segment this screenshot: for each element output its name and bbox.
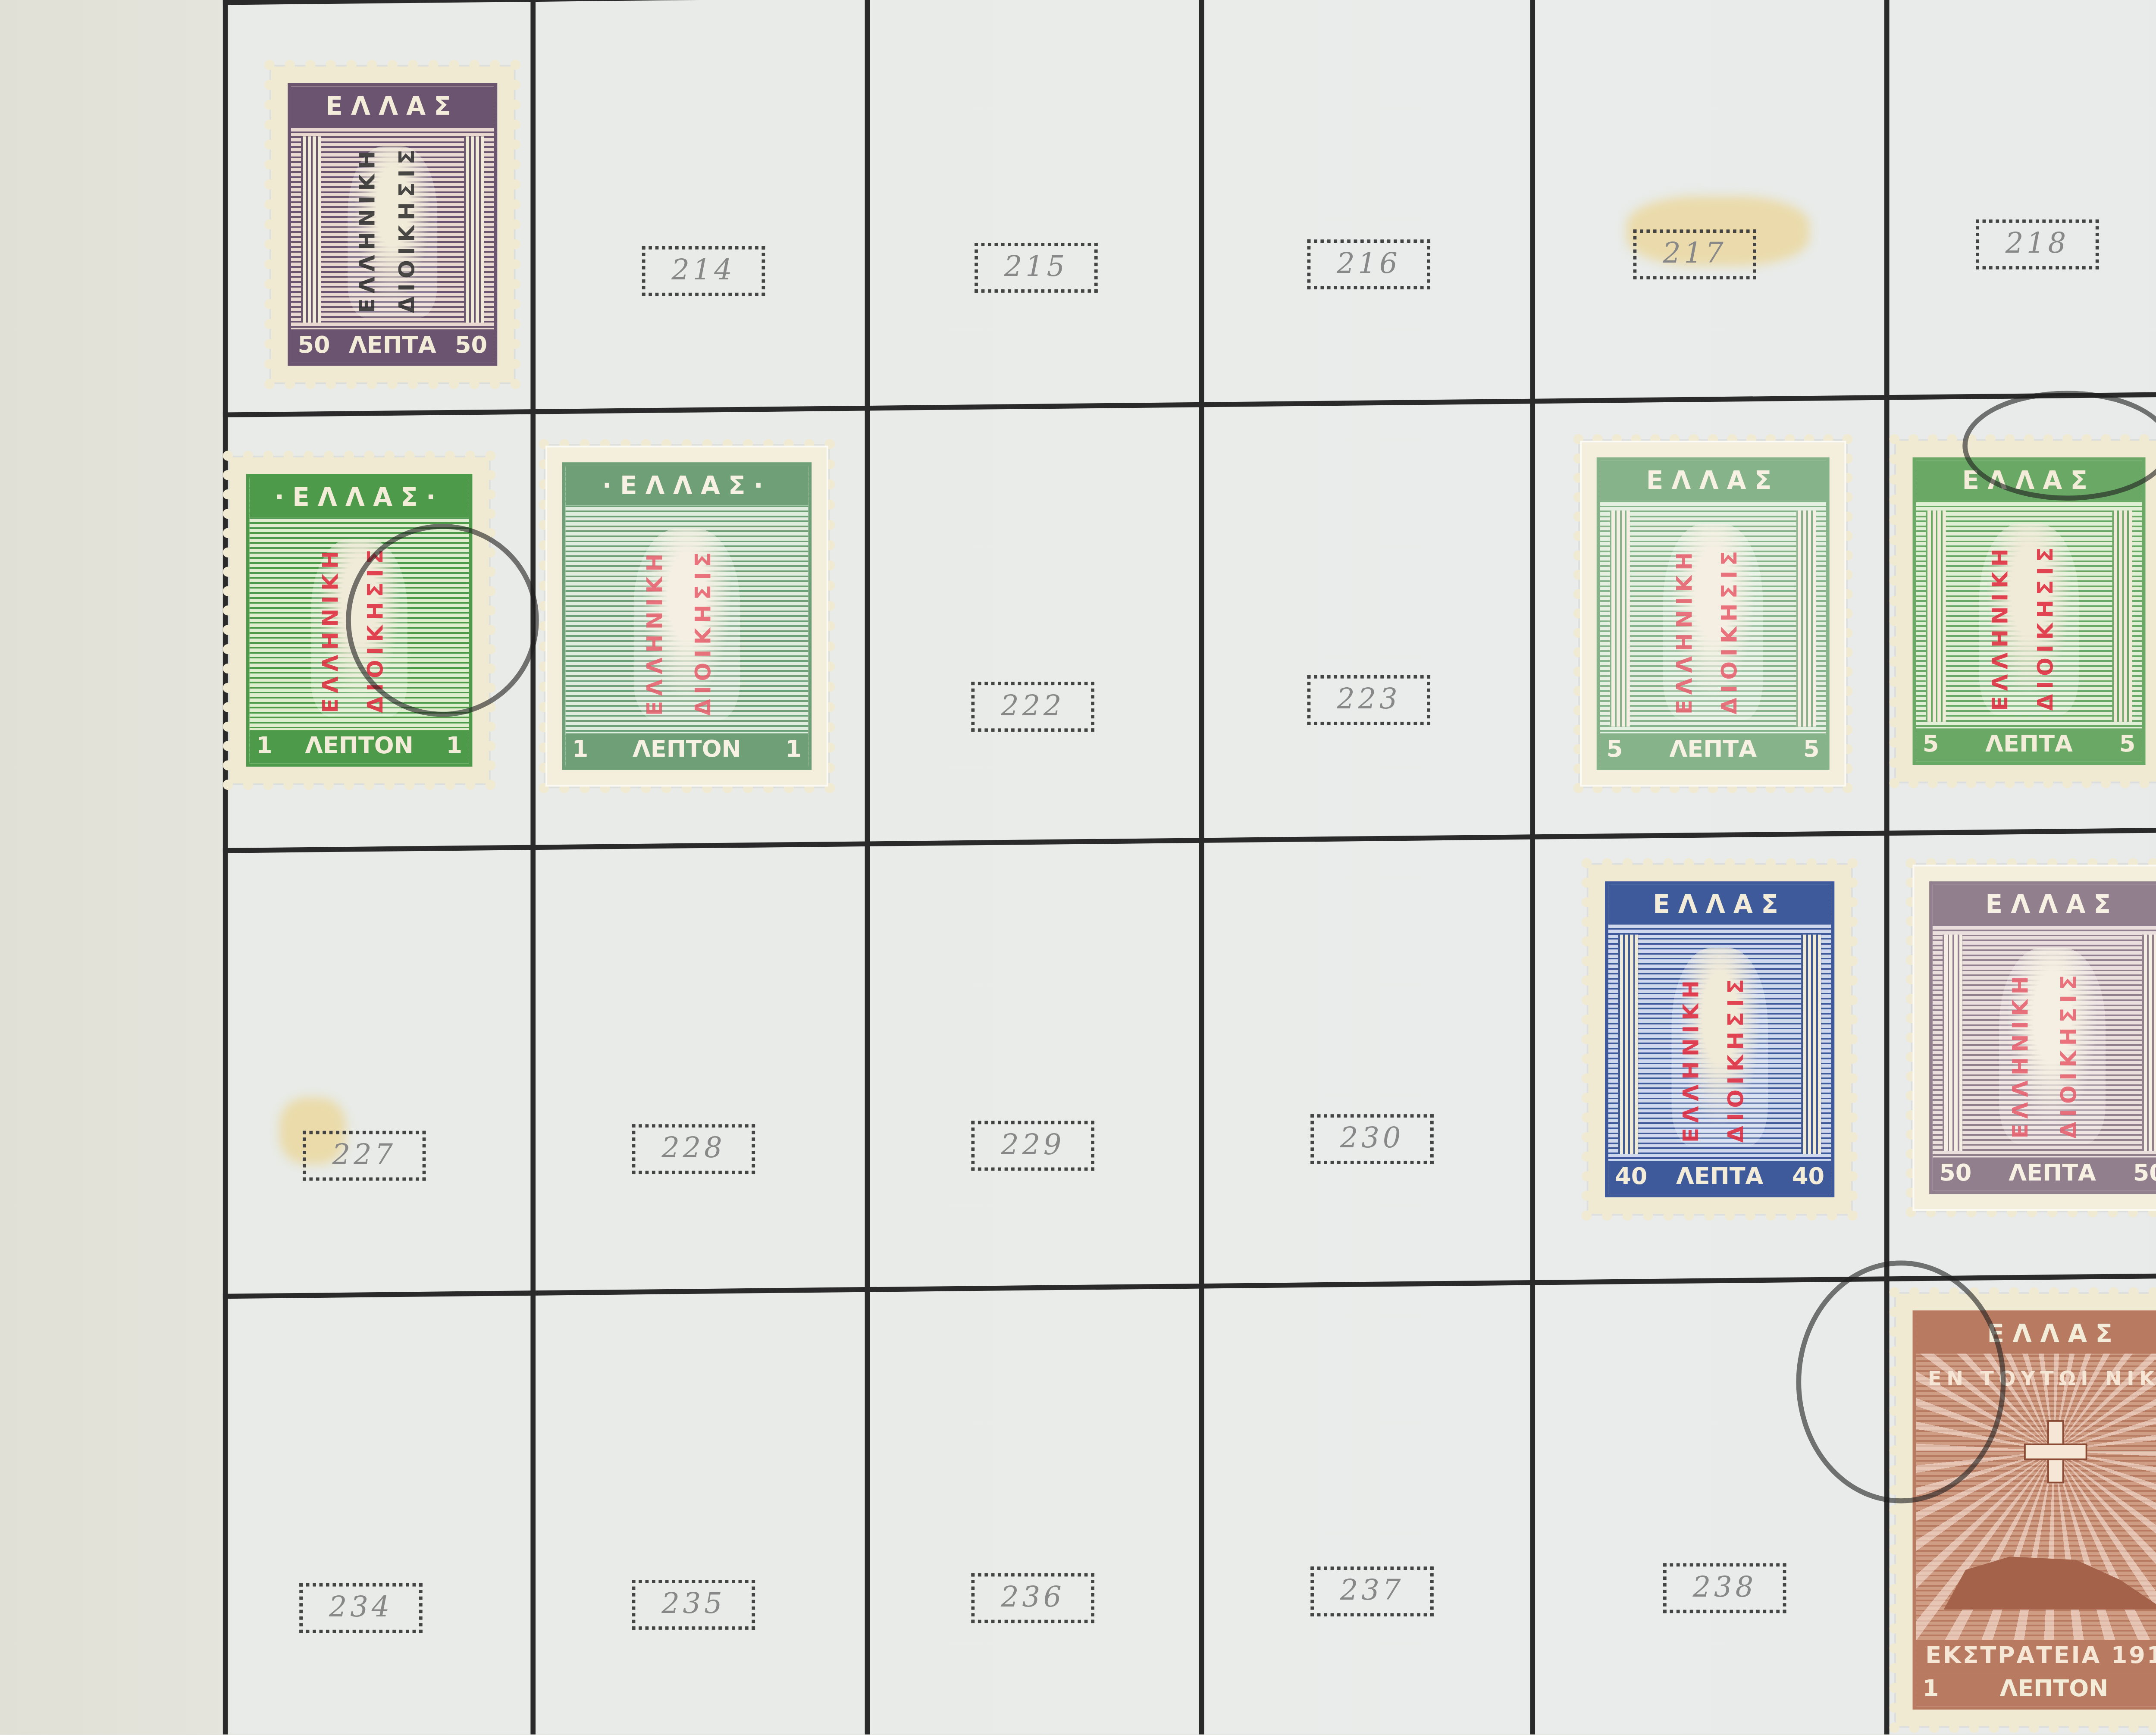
cross-icon <box>2024 1421 2084 1481</box>
stamp-country: ΕΛΛΑΣ <box>291 87 494 127</box>
stamp-mount <box>545 446 828 787</box>
space-label: 223 <box>1307 675 1430 725</box>
stamp-frame: ΕΛΛΑΣ ΕΛΛΗΝΙΚΗ ΔΙΟΙΚΗΣΙΣ 50ΛΕΠΤΑ50 <box>288 83 497 366</box>
stamp-overprint: ΕΛΛΗΝΙΚΗ <box>1680 967 1705 1142</box>
grid-line <box>1530 0 1535 1735</box>
stamp-1912-campaign[interactable]: ΕΛΛΑΣ ΕΝ ΤΟΥΤΩΙ ΝΙΚΑ ΕΚΣΤΡΑΤΕΙΑ 1912 1ΛΕ… <box>1896 1294 2156 1726</box>
stamp-frame: ΕΛΛΑΣ ΕΛΛΗΝΙΚΗ ΔΙΟΙΚΗΣΙΣ 5ΛΕΠΤΑ5 <box>1913 457 2146 765</box>
grid-line <box>530 0 536 1735</box>
stamp-value: 40ΛΕΠΤΑ40 <box>1608 1161 1831 1194</box>
space-label: 235 <box>632 1580 755 1630</box>
grid-line <box>223 0 228 1735</box>
stamp-country: ·ΕΛΛΑΣ· <box>250 477 469 517</box>
stamp-value: 50ΛΕΠΤΑ50 <box>291 329 494 363</box>
album-page: 214 215 216 217 218 219 222 223 226 227 … <box>0 0 2156 1735</box>
stamp-country: ΕΛΛΑΣ <box>1608 885 1831 925</box>
space-label: 214 <box>642 246 765 296</box>
space-label: 230 <box>1310 1114 1433 1164</box>
postmark <box>1796 1261 2006 1503</box>
space-label: 222 <box>971 682 1094 732</box>
space-label: 238 <box>1663 1563 1786 1613</box>
stamp-design: ΕΛΛΗΝΙΚΗ ΔΙΟΙΚΗΣΙΣ <box>291 126 494 329</box>
stamp-40-lepta[interactable]: ΕΛΛΑΣ ΕΛΛΗΝΙΚΗ ΔΙΟΙΚΗΣΙΣ 40ΛΕΠΤΑ40 <box>1588 865 1851 1214</box>
stamp-5-lepta[interactable]: ΕΛΛΑΣ ΕΛΛΗΝΙΚΗ ΔΙΟΙΚΗΣΙΣ 5ΛΕΠΤΑ5 <box>1896 441 2156 782</box>
stamp-5-lepta[interactable]: ΕΛΛΑΣ ΕΛΛΗΝΙΚΗ ΔΙΟΙΚΗΣΙΣ 5ΛΕΠΤΑ5 <box>1580 441 1846 786</box>
stamp-design: ΕΛΛΗΝΙΚΗ ΔΙΟΙΚΗΣΙΣ <box>1608 924 1831 1161</box>
stamp-overprint: ΕΛΛΗΝΙΚΗ <box>320 555 345 713</box>
grid-line <box>223 0 2156 5</box>
space-label: 236 <box>971 1573 1094 1623</box>
stamp-mount <box>1913 865 2156 1211</box>
stamp-1-lepton[interactable]: ·ΕΛΛΑΣ· ΕΛΛΗΝΙΚΗ ΔΙΟΙΚΗΣΙΣ 1ΛΕΠΤΟΝ1 <box>545 446 828 787</box>
stamp-1-lepton[interactable]: ·ΕΛΛΑΣ· ΕΛΛΗΝΙΚΗ ΔΙΟΙΚΗΣΙΣ 1ΛΕΠΤΟΝ1 <box>229 457 489 783</box>
space-label: 227 <box>303 1131 426 1181</box>
space-label: 229 <box>971 1121 1094 1171</box>
stamp-50-lepta[interactable]: ΕΛΛΑΣ ΕΛΛΗΝΙΚΗ ΔΙΟΙΚΗΣΙΣ 50ΛΕΠΤΑ50 <box>1913 865 2156 1211</box>
stamp-overprint: ΔΙΟΙΚΗΣΙΣ <box>397 163 422 313</box>
stamp-design: ΕΛΛΗΝΙΚΗ ΔΙΟΙΚΗΣΙΣ <box>1916 501 2142 728</box>
space-label: 237 <box>1310 1566 1433 1616</box>
stamp-overprint: ΕΛΛΗΝΙΚΗ <box>356 163 381 313</box>
space-label: 218 <box>1976 219 2099 269</box>
stamp-caption: ΕΚΣΤΡΑΤΕΙΑ 1912 <box>1916 1640 2156 1673</box>
stamp-overprint: ΔΙΟΙΚΗΣΙΣ <box>1724 967 1749 1142</box>
stamp-value: 1ΛΕΠΤΟΝ1 <box>250 730 469 763</box>
stamp-overprint: ΔΙΟΙΚΗΣΙΣ <box>2034 542 2059 710</box>
stamp-50-lepta[interactable]: ΕΛΛΑΣ ΕΛΛΗΝΙΚΗ ΔΙΟΙΚΗΣΙΣ 50ΛΕΠΤΑ50 <box>271 66 514 382</box>
stamp-mount <box>1580 441 1846 786</box>
space-label: 215 <box>975 243 1097 293</box>
grid-line <box>865 0 870 1735</box>
stamp-overprint: ΕΛΛΗΝΙΚΗ <box>1988 542 2013 710</box>
grid-line <box>223 388 2156 417</box>
grid-line <box>1199 0 1204 1735</box>
postmark <box>346 524 539 717</box>
stamp-value: 1ΛΕΠΤΟΝ1 <box>1916 1673 2156 1706</box>
grid-line <box>223 824 2156 853</box>
space-label: 228 <box>632 1124 755 1174</box>
stamp-value: 5ΛΕΠΤΑ5 <box>1916 728 2142 761</box>
space-label: 234 <box>299 1583 422 1633</box>
space-label: 217 <box>1633 229 1756 279</box>
stamp-frame: ΕΛΛΑΣ ΕΛΛΗΝΙΚΗ ΔΙΟΙΚΗΣΙΣ 40ΛΕΠΤΑ40 <box>1605 881 1834 1197</box>
space-label: 216 <box>1307 239 1430 289</box>
